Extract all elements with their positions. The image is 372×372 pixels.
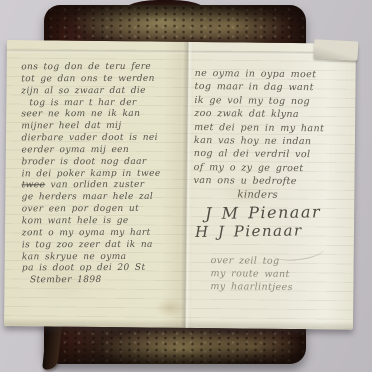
postscript-line: my haarlintjees xyxy=(210,280,352,294)
paper-top-crease xyxy=(7,49,356,55)
letter-right-page: ne oyma in oypa moet tog maar in dag wan… xyxy=(192,67,354,294)
handwriting-line: ons tog don de teru fere xyxy=(21,62,187,74)
handwriting-line: tot ge dan ons te werden xyxy=(21,74,187,86)
handwriting-line: ge herders maar hele zal xyxy=(22,192,188,204)
postscript-line: my route want xyxy=(211,267,353,281)
handwriting-line: kan skryue ne oyma xyxy=(22,251,188,263)
handwriting-line: twee van orliden zuster xyxy=(22,180,188,192)
struck-word: twee xyxy=(22,181,46,191)
handwriting-line: seer ne kom ne ik kan xyxy=(21,109,187,121)
handwriting-line: tog maar in dag want xyxy=(194,80,354,95)
handwriting-line: mijner heel dat mij xyxy=(21,121,187,133)
handwriting-line: tog is mar t har der xyxy=(29,97,187,109)
handwriting-line: zont o my oyma my hart xyxy=(22,228,188,240)
handwriting-line: dierbare vader doot is nei xyxy=(21,133,187,145)
handwriting-line: broder is doot nog daar xyxy=(22,156,188,168)
paper-folded-corner xyxy=(313,39,358,60)
handwriting-line: van ons u bedrofte xyxy=(193,174,353,189)
photo-background: ons tog don de teru fere tot ge dan ons … xyxy=(0,0,372,372)
handwriting-line: zijn al so zwaar dat die xyxy=(21,85,187,97)
letter-left-page: ons tog don de teru fere tot ge dan ons … xyxy=(21,62,188,288)
handwriting-line-date: Stember 1898 xyxy=(30,275,188,287)
handwriting-line: eerder oyma mij een xyxy=(21,145,187,157)
handwriting-line-rest: van orliden zuster xyxy=(50,180,144,190)
handwriting-line: in dei poker kamp in twee xyxy=(22,168,188,180)
signature: H J Pienaar xyxy=(195,220,353,240)
handwriting-line: is tog zoo zeer dat ik na xyxy=(22,239,188,251)
handwriting-line: zoo zwak dat klyna xyxy=(194,107,354,122)
letter-closing-word: kinders xyxy=(237,189,353,202)
handwriting-line: kom want hele is ge xyxy=(22,216,188,228)
handwriting-line: pa is doot op dei 20 St xyxy=(22,263,188,275)
handwriting-line: over een por dogen ut xyxy=(22,204,188,216)
letter-paper: ons tog don de teru fere tot ge dan ons … xyxy=(4,40,356,330)
signature: J M Pienaar xyxy=(205,202,353,222)
